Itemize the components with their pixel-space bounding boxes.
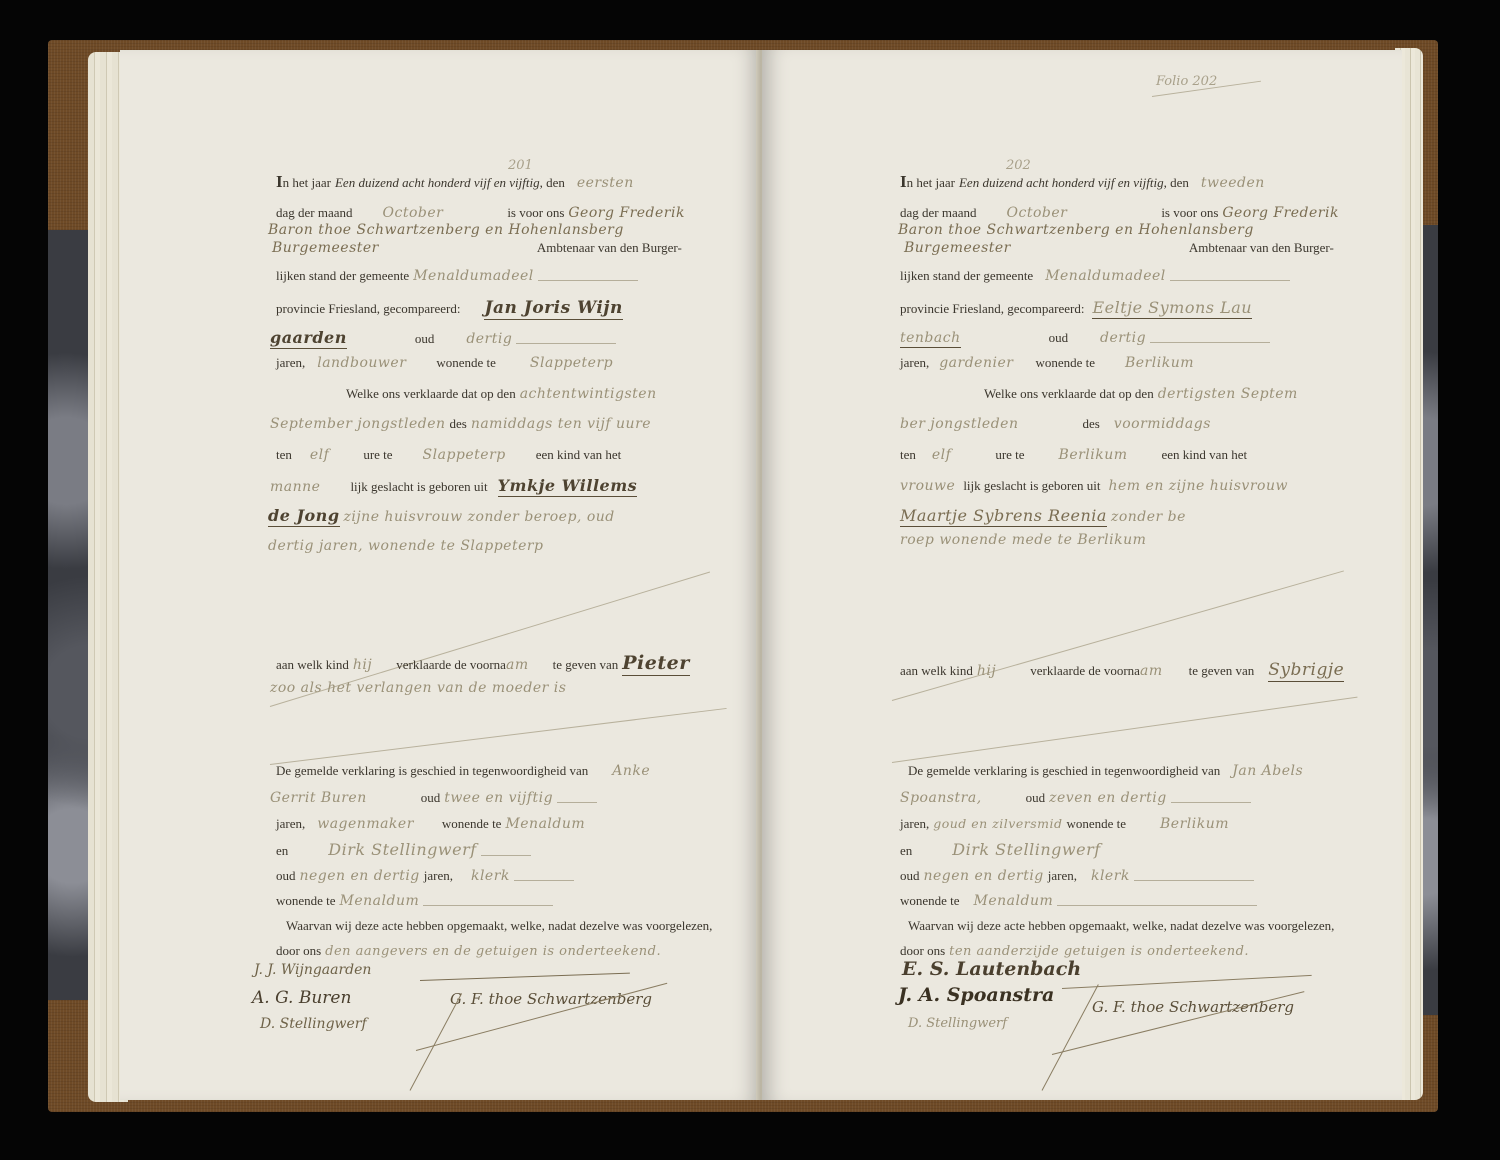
line-verklaarde: Welke ons verklaarde dat op den dertigst… bbox=[984, 386, 1298, 402]
line-birthdate: September jongstleden des namiddags ten … bbox=[270, 416, 651, 432]
line-declarant: provincie Friesland, gecompareerd: Eeltj… bbox=[900, 300, 1252, 317]
line-ambtenaar: Burgemeester Ambtenaar van den Burger- bbox=[904, 240, 1334, 256]
line-ambtenaar: Burgemeester Ambtenaar van den Burger- bbox=[272, 240, 682, 256]
line-door-ons: door ons den aangevers en de getuigen is… bbox=[276, 943, 661, 960]
line-witness1-occ: jaren, wagenmaker wonende te Menaldum bbox=[276, 816, 585, 832]
line-occupation: jaren, gardenier wonende te Berlikum bbox=[900, 355, 1194, 371]
line-age: tenbach oud dertig bbox=[900, 330, 1270, 346]
cancel-stroke-2 bbox=[270, 708, 727, 765]
line-child-name: aan welk kind hij verklaarde de voornaam… bbox=[900, 662, 1344, 679]
line-witness2-res: wonende te Menaldum bbox=[900, 893, 1257, 909]
cancel-stroke-2 bbox=[892, 697, 1358, 763]
line-waarvan: Waarvan wij deze acte hebben opgemaakt, … bbox=[286, 918, 712, 934]
line-mother: vrouwe lijk geslacht is geboren uit hem … bbox=[900, 478, 1288, 494]
line-mother-2: de Jong zijne huisvrouw zonder beroep, o… bbox=[268, 508, 615, 525]
line-official: Baron thoe Schwartzenberg en Hohenlansbe… bbox=[898, 222, 1254, 238]
line-age: gaarden oud dertig bbox=[270, 330, 616, 347]
signature-official: G. F. thoe Schwartzenberg bbox=[450, 990, 652, 1008]
line-month: dag der maand October is voor ons Georg … bbox=[900, 205, 1339, 221]
signature-declarant: J. J. Wijngaarden bbox=[254, 962, 371, 978]
line-witnesses: De gemelde verklaring is geschied in teg… bbox=[276, 763, 650, 779]
line-time-place: ten elf ure te Slappeterp een kind van h… bbox=[276, 447, 621, 463]
line-verklaarde: Welke ons verklaarde dat op den achtentw… bbox=[346, 386, 657, 402]
line-witnesses: De gemelde verklaring is geschied in teg… bbox=[908, 763, 1303, 779]
line-official: Baron thoe Schwartzenberg en Hohenlansbe… bbox=[268, 222, 624, 238]
line-witness1-occ: jaren, goud en zilversmid wonende te Ber… bbox=[900, 816, 1229, 832]
signature-witness1: A. G. Buren bbox=[252, 988, 351, 1008]
act-number: 201 bbox=[508, 158, 533, 173]
line-witness2: en Dirk Stellingwerf bbox=[900, 842, 1101, 859]
line-witness1: Gerrit Buren oud twee en vijftig bbox=[270, 790, 597, 806]
line-declarant: provincie Friesland, gecompareerd: Jan J… bbox=[276, 300, 623, 317]
act-number: 202 bbox=[1006, 158, 1031, 173]
signature-witness2: D. Stellingwerf bbox=[260, 1016, 367, 1032]
line-mother-3: dertig jaren, wonende te Slappeterp bbox=[268, 538, 544, 554]
flourish-1 bbox=[420, 973, 630, 981]
signature-declarant: E. S. Lautenbach bbox=[902, 958, 1081, 980]
line-witness2: en Dirk Stellingwerf bbox=[276, 842, 531, 859]
line-waarvan: Waarvan wij deze acte hebben opgemaakt, … bbox=[908, 918, 1334, 934]
line-mother-3: roep wonende mede te Berlikum bbox=[900, 532, 1146, 548]
signature-witness2: D. Stellingwerf bbox=[908, 1016, 1007, 1031]
line-witness2-age: oud negen en dertig jaren, klerk bbox=[276, 868, 574, 884]
line-witness2-res: wonende te Menaldum bbox=[276, 893, 553, 909]
line-birthdate: ber jongstleden des voormiddags bbox=[900, 416, 1211, 432]
line-year: In het jaar Een duizend acht honderd vij… bbox=[276, 174, 634, 191]
line-witness1: Spoanstra, oud zeven en dertig bbox=[900, 790, 1251, 806]
left-page: 201 In het jaar Een duizend acht honderd… bbox=[120, 50, 760, 1100]
line-time-place: ten elf ure te Berlikum een kind van het bbox=[900, 447, 1247, 463]
line-note: zoo als het verlangen van de moeder is bbox=[270, 680, 566, 696]
line-mother: manne lijk geslacht is geboren uit Ymkje… bbox=[270, 478, 637, 495]
line-year: In het jaar Een duizend acht honderd vij… bbox=[900, 174, 1265, 191]
flourish-1 bbox=[1062, 975, 1312, 989]
signature-witness1: J. A. Spoanstra bbox=[898, 984, 1054, 1006]
line-mother-2: Maartje Sybrens Reenia zonder be bbox=[900, 508, 1186, 525]
line-municipality: lijken stand der gemeente Menaldumadeel bbox=[900, 268, 1290, 284]
flourish-3 bbox=[410, 993, 463, 1091]
right-page: Folio 202 202 In het jaar Een duizend ac… bbox=[762, 50, 1402, 1100]
folio-annotation: Folio 202 bbox=[1156, 74, 1217, 89]
line-municipality: lijken stand der gemeente Menaldumadeel bbox=[276, 268, 638, 284]
line-witness2-age: oud negen en dertig jaren, klerk bbox=[900, 868, 1254, 884]
line-month: dag der maand October is voor ons Georg … bbox=[276, 205, 685, 221]
line-occupation: jaren, landbouwer wonende te Slappeterp bbox=[276, 355, 613, 371]
line-child-name: aan welk kind hij verklaarde de voornaam… bbox=[276, 655, 690, 673]
